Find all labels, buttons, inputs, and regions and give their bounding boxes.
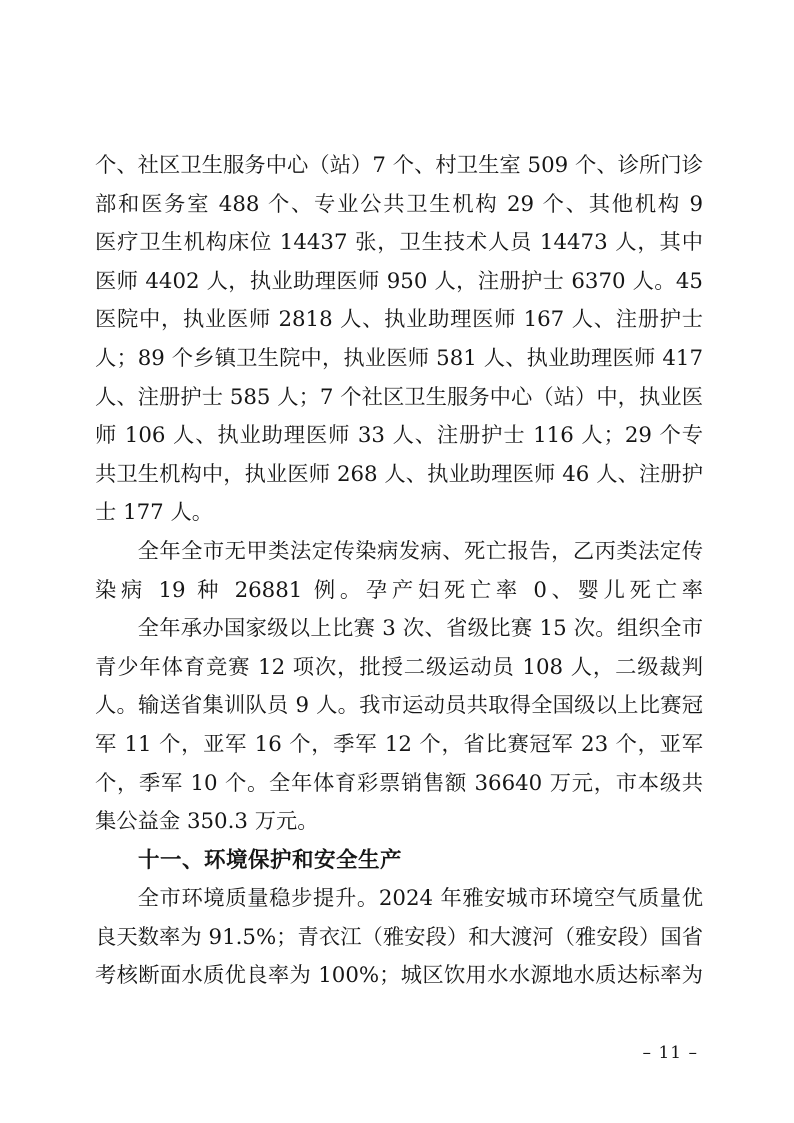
text-line: 医院中，执业医师 2818 人、执业助理医师 167 人、注册护士 5105 — [95, 301, 703, 340]
text-line: 医疗卫生机构床位 14437 张，卫生技术人员 14473 人，其中执业 — [95, 224, 703, 263]
text-line: 人。输送省集训队员 9 人。我市运动员共取得全国级以上比赛冠 — [95, 687, 703, 726]
text-line: 军 11 个，亚军 16 个，季军 12 个，省比赛冠军 23 个，亚军 36 — [95, 726, 703, 765]
text-line: 共卫生机构中，执业医师 268 人、执业助理医师 46 人、注册护 — [95, 456, 703, 495]
text-line: 医师 4402 人，执业助理医师 950 人，注册护士 6370 人。45 个 — [95, 263, 703, 302]
text-line: 士 177 人。 — [95, 494, 703, 533]
text-line: 全市环境质量稳步提升。2024 年雅安城市环境空气质量优 — [95, 880, 703, 919]
text-line: 青少年体育竞赛 12 项次，批授二级运动员 108 人，二级裁判 33 — [95, 649, 703, 688]
document-body: 个、社区卫生服务中心（站）7 个、村卫生室 509 个、诊所门诊部和医务室 48… — [95, 147, 703, 996]
text-line: 良天数率为 91.5%；青衣江（雅安段）和大渡河（雅安段）国省 — [95, 919, 703, 958]
page-number: – 11 – — [643, 1042, 698, 1064]
text-line: 考核断面水质优良率为 100%；城区饮用水水源地水质达标率为 — [95, 957, 703, 996]
text-line: 染病 19 种 26881 例。孕产妇死亡率 0、婴儿死亡率 2.11‰。 — [95, 572, 703, 611]
text-line: 个、社区卫生服务中心（站）7 个、村卫生室 509 个、诊所门诊 — [95, 147, 703, 186]
text-line: 人；89 个乡镇卫生院中，执业医师 581 人、执业助理医师 417 — [95, 340, 703, 379]
text-line: 全年承办国家级以上比赛 3 次、省级比赛 15 次。组织全市 — [95, 610, 703, 649]
text-line: 人、注册护士 585 人；7 个社区卫生服务中心（站）中，执业医 — [95, 379, 703, 418]
text-line: 部和医务室 488 个、专业公共卫生机构 29 个、其他机构 9 个）， — [95, 186, 703, 225]
section-heading: 十一、环境保护和安全生产 — [95, 842, 703, 881]
text-line: 集公益金 350.3 万元。 — [95, 803, 703, 842]
text-line: 师 106 人、执业助理医师 33 人、注册护士 116 人；29 个专业公 — [95, 417, 703, 456]
text-line: 全年全市无甲类法定传染病发病、死亡报告，乙丙类法定传 — [95, 533, 703, 572]
text-line: 个，季军 10 个。全年体育彩票销售额 36640 万元，市本级共筹 — [95, 765, 703, 804]
document-page: 个、社区卫生服务中心（站）7 个、村卫生室 509 个、诊所门诊部和医务室 48… — [0, 0, 794, 1123]
